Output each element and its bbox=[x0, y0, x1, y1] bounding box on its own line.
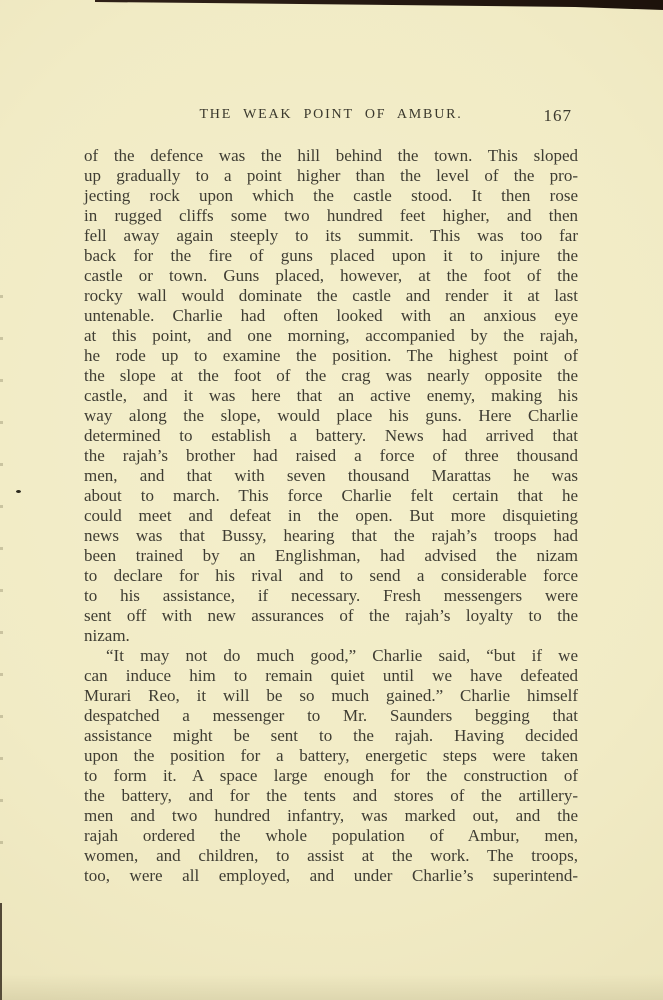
text-line: fell away again steeply to its summit. T… bbox=[84, 226, 578, 246]
text-line: sent off with new assurances of the raja… bbox=[84, 606, 578, 626]
text-line: the rajah’s brother had raised a force o… bbox=[84, 446, 578, 466]
text-line: castle, and it was here that an active e… bbox=[84, 386, 578, 406]
text-line: up gradually to a point higher than the … bbox=[84, 166, 578, 186]
text-line: rocky wall would dominate the castle and… bbox=[84, 286, 578, 306]
text-line: can induce him to remain quiet until we … bbox=[84, 666, 578, 686]
text-line: determined to establish a battery. News … bbox=[84, 426, 578, 446]
text-line: untenable. Charlie had often looked with… bbox=[84, 306, 578, 326]
page-header: THE WEAK POINT OF AMBUR. 167 bbox=[84, 107, 578, 129]
page-text: of the defence was the hill behind the t… bbox=[84, 146, 578, 886]
binding-tick-marks bbox=[0, 295, 3, 855]
text-line: assistance might be sent to the rajah. H… bbox=[84, 726, 578, 746]
text-line: too, were all employed, and under Charli… bbox=[84, 866, 578, 886]
text-line: jecting rock upon which the castle stood… bbox=[84, 186, 578, 206]
page-number: 167 bbox=[544, 106, 573, 126]
text-line: to form it. A space large enough for the… bbox=[84, 766, 578, 786]
text-line: could meet and defeat in the open. But m… bbox=[84, 506, 578, 526]
running-title: THE WEAK POINT OF AMBUR. bbox=[84, 107, 578, 123]
text-line: way along the slope, would place his gun… bbox=[84, 406, 578, 426]
text-line: upon the position for a battery, energet… bbox=[84, 746, 578, 766]
text-line: men and two hundred infantry, was marked… bbox=[84, 806, 578, 826]
text-line: “It may not do much good,” Charlie said,… bbox=[84, 646, 578, 666]
page-edge-shadow-top bbox=[0, 0, 663, 10]
text-line: back for the fire of guns placed upon it… bbox=[84, 246, 578, 266]
text-line: castle or town. Guns placed, however, at… bbox=[84, 266, 578, 286]
text-line: he rode up to examine the position. The … bbox=[84, 346, 578, 366]
text-line: rajah ordered the whole population of Am… bbox=[84, 826, 578, 846]
text-line: about to march. This force Charlie felt … bbox=[84, 486, 578, 506]
text-line: women, and children, to assist at the wo… bbox=[84, 846, 578, 866]
text-line: nizam. bbox=[84, 626, 578, 646]
text-line: been trained by an Englishman, had advis… bbox=[84, 546, 578, 566]
text-line: the battery, and for the tents and store… bbox=[84, 786, 578, 806]
text-line: at this point, and one morning, accompan… bbox=[84, 326, 578, 346]
text-line: news was that Bussy, hearing that the ra… bbox=[84, 526, 578, 546]
text-line: to his assistance, if necessary. Fresh m… bbox=[84, 586, 578, 606]
text-line: to declare for his rival and to send a c… bbox=[84, 566, 578, 586]
text-line: Murari Reo, it will be so much gained.” … bbox=[84, 686, 578, 706]
book-page: THE WEAK POINT OF AMBUR. 167 of the defe… bbox=[0, 0, 663, 1000]
text-line: despatched a messenger to Mr. Saunders b… bbox=[84, 706, 578, 726]
paper-speck bbox=[16, 490, 21, 493]
text-line: in rugged cliffs some two hundred feet h… bbox=[84, 206, 578, 226]
text-line: of the defence was the hill behind the t… bbox=[84, 146, 578, 166]
text-line: the slope at the foot of the crag was ne… bbox=[84, 366, 578, 386]
page-edge-shadow-bottom bbox=[0, 974, 663, 1000]
text-line: men, and that with seven thousand Maratt… bbox=[84, 466, 578, 486]
